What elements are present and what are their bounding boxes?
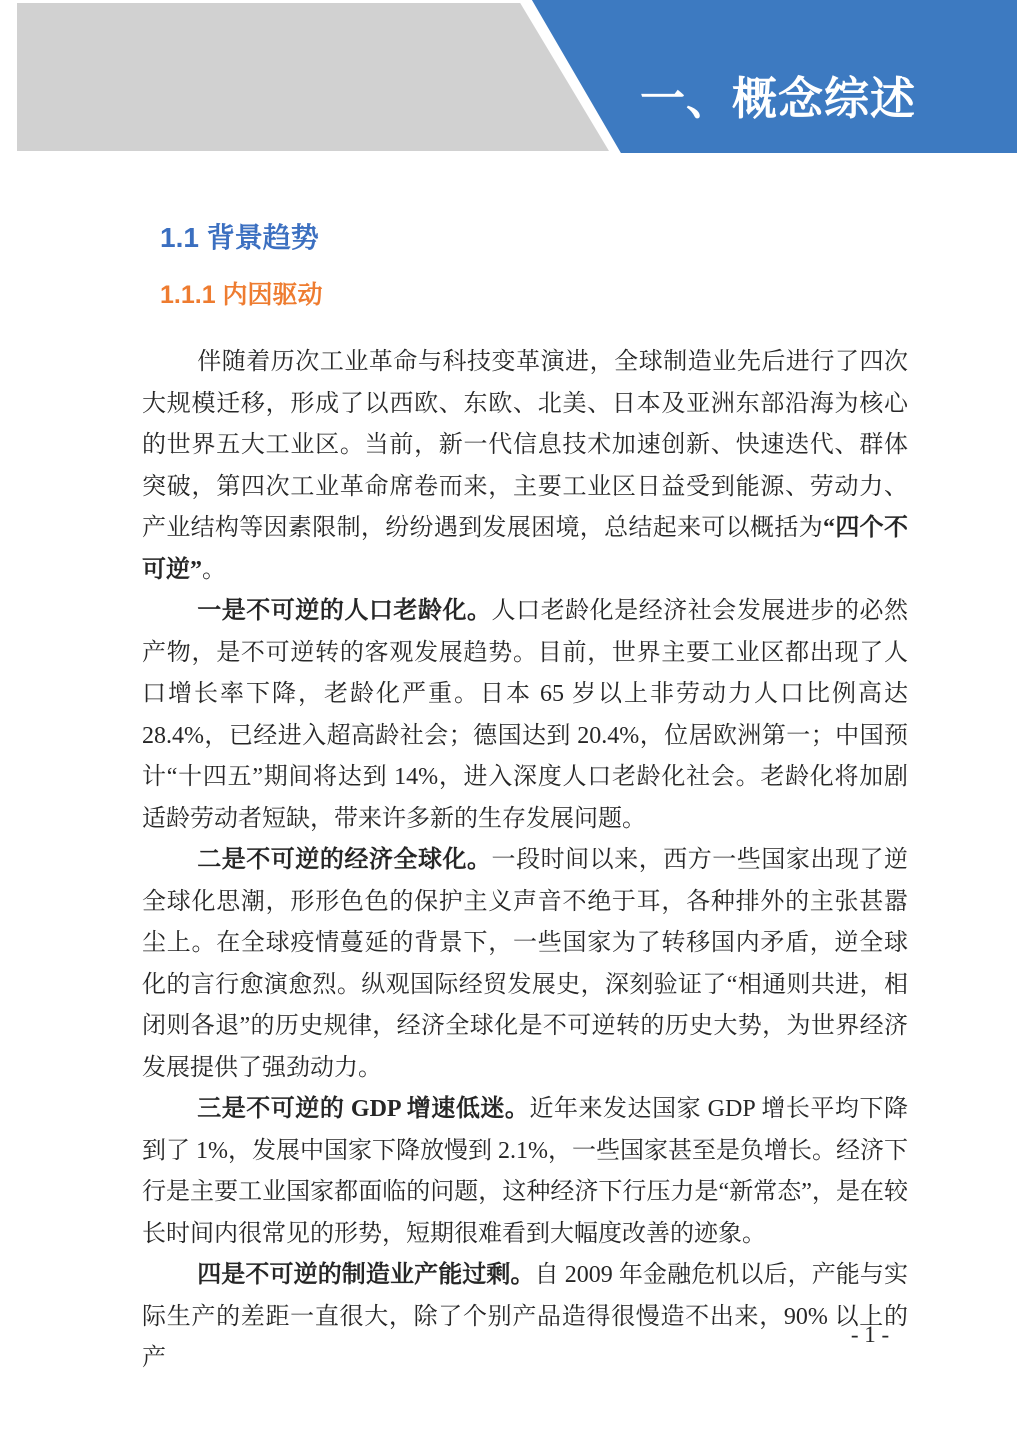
paragraph-aging-population: 一是不可逆的人口老龄化。人口老龄化是经济社会发展进步的必然产物，是不可逆转的客观… <box>142 591 908 840</box>
paragraph-lead-bold: 二是不可逆的经济全球化。 <box>197 847 491 873</box>
page-header-banner: 一、概念综述 <box>0 0 1024 155</box>
page-number: - 1 - <box>820 1322 920 1348</box>
paragraph-lead-bold: 四是不可逆的制造业产能过剩。 <box>197 1262 534 1288</box>
chapter-title: 一、概念综述 <box>640 76 1016 121</box>
paragraph-gdp-slowdown: 三是不可逆的 GDP 增速低迷。近年来发达国家 GDP 增长平均下降到了 1%，… <box>142 1089 908 1255</box>
section-heading: 1.1 背景趋势 <box>160 224 908 252</box>
document-page: { "banner": { "chapter_title": "一、概念综述" … <box>0 0 1024 1431</box>
document-body: 1.1 背景趋势 1.1.1 内因驱动 伴随着历次工业革命与科技变革演进，全球制… <box>142 224 908 1380</box>
paragraph-lead-bold: 一是不可逆的人口老龄化。 <box>197 598 491 624</box>
paragraph-overcapacity: 四是不可逆的制造业产能过剩。自 2009 年金融危机以后，产能与实际生产的差距一… <box>142 1255 908 1380</box>
paragraph-intro: 伴随着历次工业革命与科技变革演进，全球制造业先后进行了四次大规模迁移，形成了以西… <box>142 342 908 591</box>
banner-gray-shape <box>17 3 609 151</box>
paragraph-text: 伴随着历次工业革命与科技变革演进，全球制造业先后进行了四次大规模迁移，形成了以西… <box>142 349 908 541</box>
subsection-heading: 1.1.1 内因驱动 <box>160 283 908 308</box>
paragraph-text: 人口老龄化是经济社会发展进步的必然产物，是不可逆转的客观发展趋势。目前，世界主要… <box>142 598 908 832</box>
paragraph-lead-bold: 三是不可逆的 GDP 增速低迷。 <box>197 1096 529 1122</box>
paragraph-text: 一段时间以来，西方一些国家出现了逆全球化思潮，形形色色的保护主义声音不绝于耳，各… <box>142 847 908 1081</box>
paragraph-text: 。 <box>202 557 226 583</box>
paragraph-globalization: 二是不可逆的经济全球化。一段时间以来，西方一些国家出现了逆全球化思潮，形形色色的… <box>142 840 908 1089</box>
